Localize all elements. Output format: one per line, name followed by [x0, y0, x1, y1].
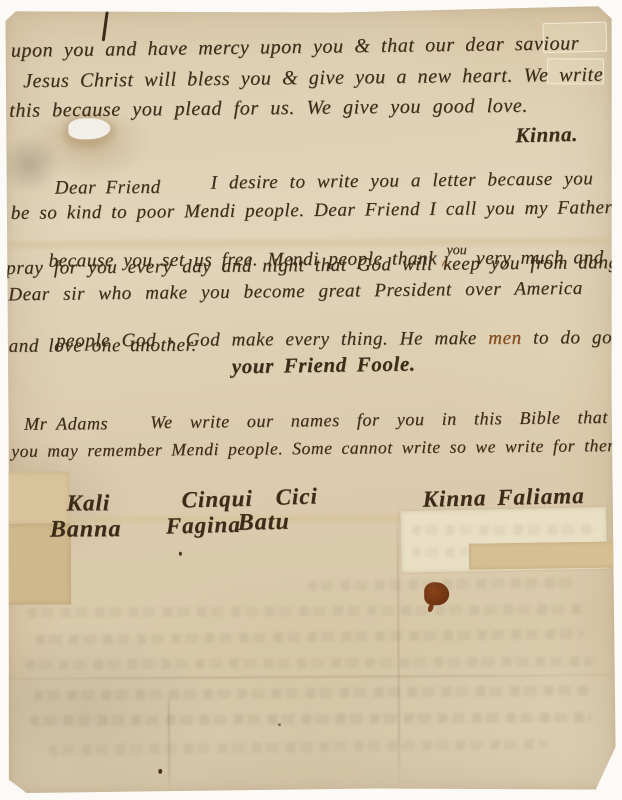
bleed-through-text [34, 685, 590, 700]
foole-line-7: and love one another. [9, 335, 197, 358]
faded-word: men [488, 328, 522, 349]
adams-salutation: Mr Adams [24, 413, 108, 435]
bleed-through-text [27, 604, 587, 617]
damage-smudge [0, 135, 61, 193]
bleed-through-text [307, 577, 577, 591]
line-text: to do good [522, 327, 622, 349]
pen-stroke [102, 11, 108, 41]
signature-name-banna: Banna [50, 516, 122, 543]
closing-line-3: this because you plead for us. We give y… [9, 95, 528, 123]
signature-name-cici: Cici [275, 483, 318, 510]
foole-salutation: Dear Friend [55, 177, 161, 200]
letter-page: upon you and have mercy upon you & that … [4, 6, 617, 794]
bleed-through-text [30, 712, 592, 725]
bleed-through-text [26, 656, 594, 669]
repair-strip-right [469, 541, 621, 569]
bleed-through-text [35, 629, 583, 645]
bleed-through-text [412, 524, 597, 535]
foole-signature: your Friend Foole. [232, 352, 416, 380]
signature-name-batu: Batu [237, 509, 290, 537]
crease [8, 674, 616, 680]
adams-line-2: you may remember Mendi people. Some cann… [11, 435, 622, 462]
closing-line-2: Jesus Christ will bless you & give you a… [23, 64, 603, 94]
signature-name-fagina: Fagina [165, 512, 241, 540]
crease [168, 689, 171, 793]
foole-opening: I desire to write you a letter because y… [211, 168, 594, 194]
kinna-signature: Kinna. [515, 122, 578, 148]
ink-speck [179, 552, 182, 556]
adams-line-1: We write our names for you in this Bible… [150, 407, 608, 433]
closing-line-1: upon you and have mercy upon you & that … [11, 32, 580, 62]
foole-line-2: be so kind to poor Mendi people. Dear Fr… [11, 197, 613, 225]
signature-name-kinna-faliama: Kinna Faliama [422, 483, 585, 513]
bleed-through-text [48, 739, 548, 756]
ink-speck [158, 769, 162, 774]
signature-name-kali: Kali [67, 490, 111, 516]
